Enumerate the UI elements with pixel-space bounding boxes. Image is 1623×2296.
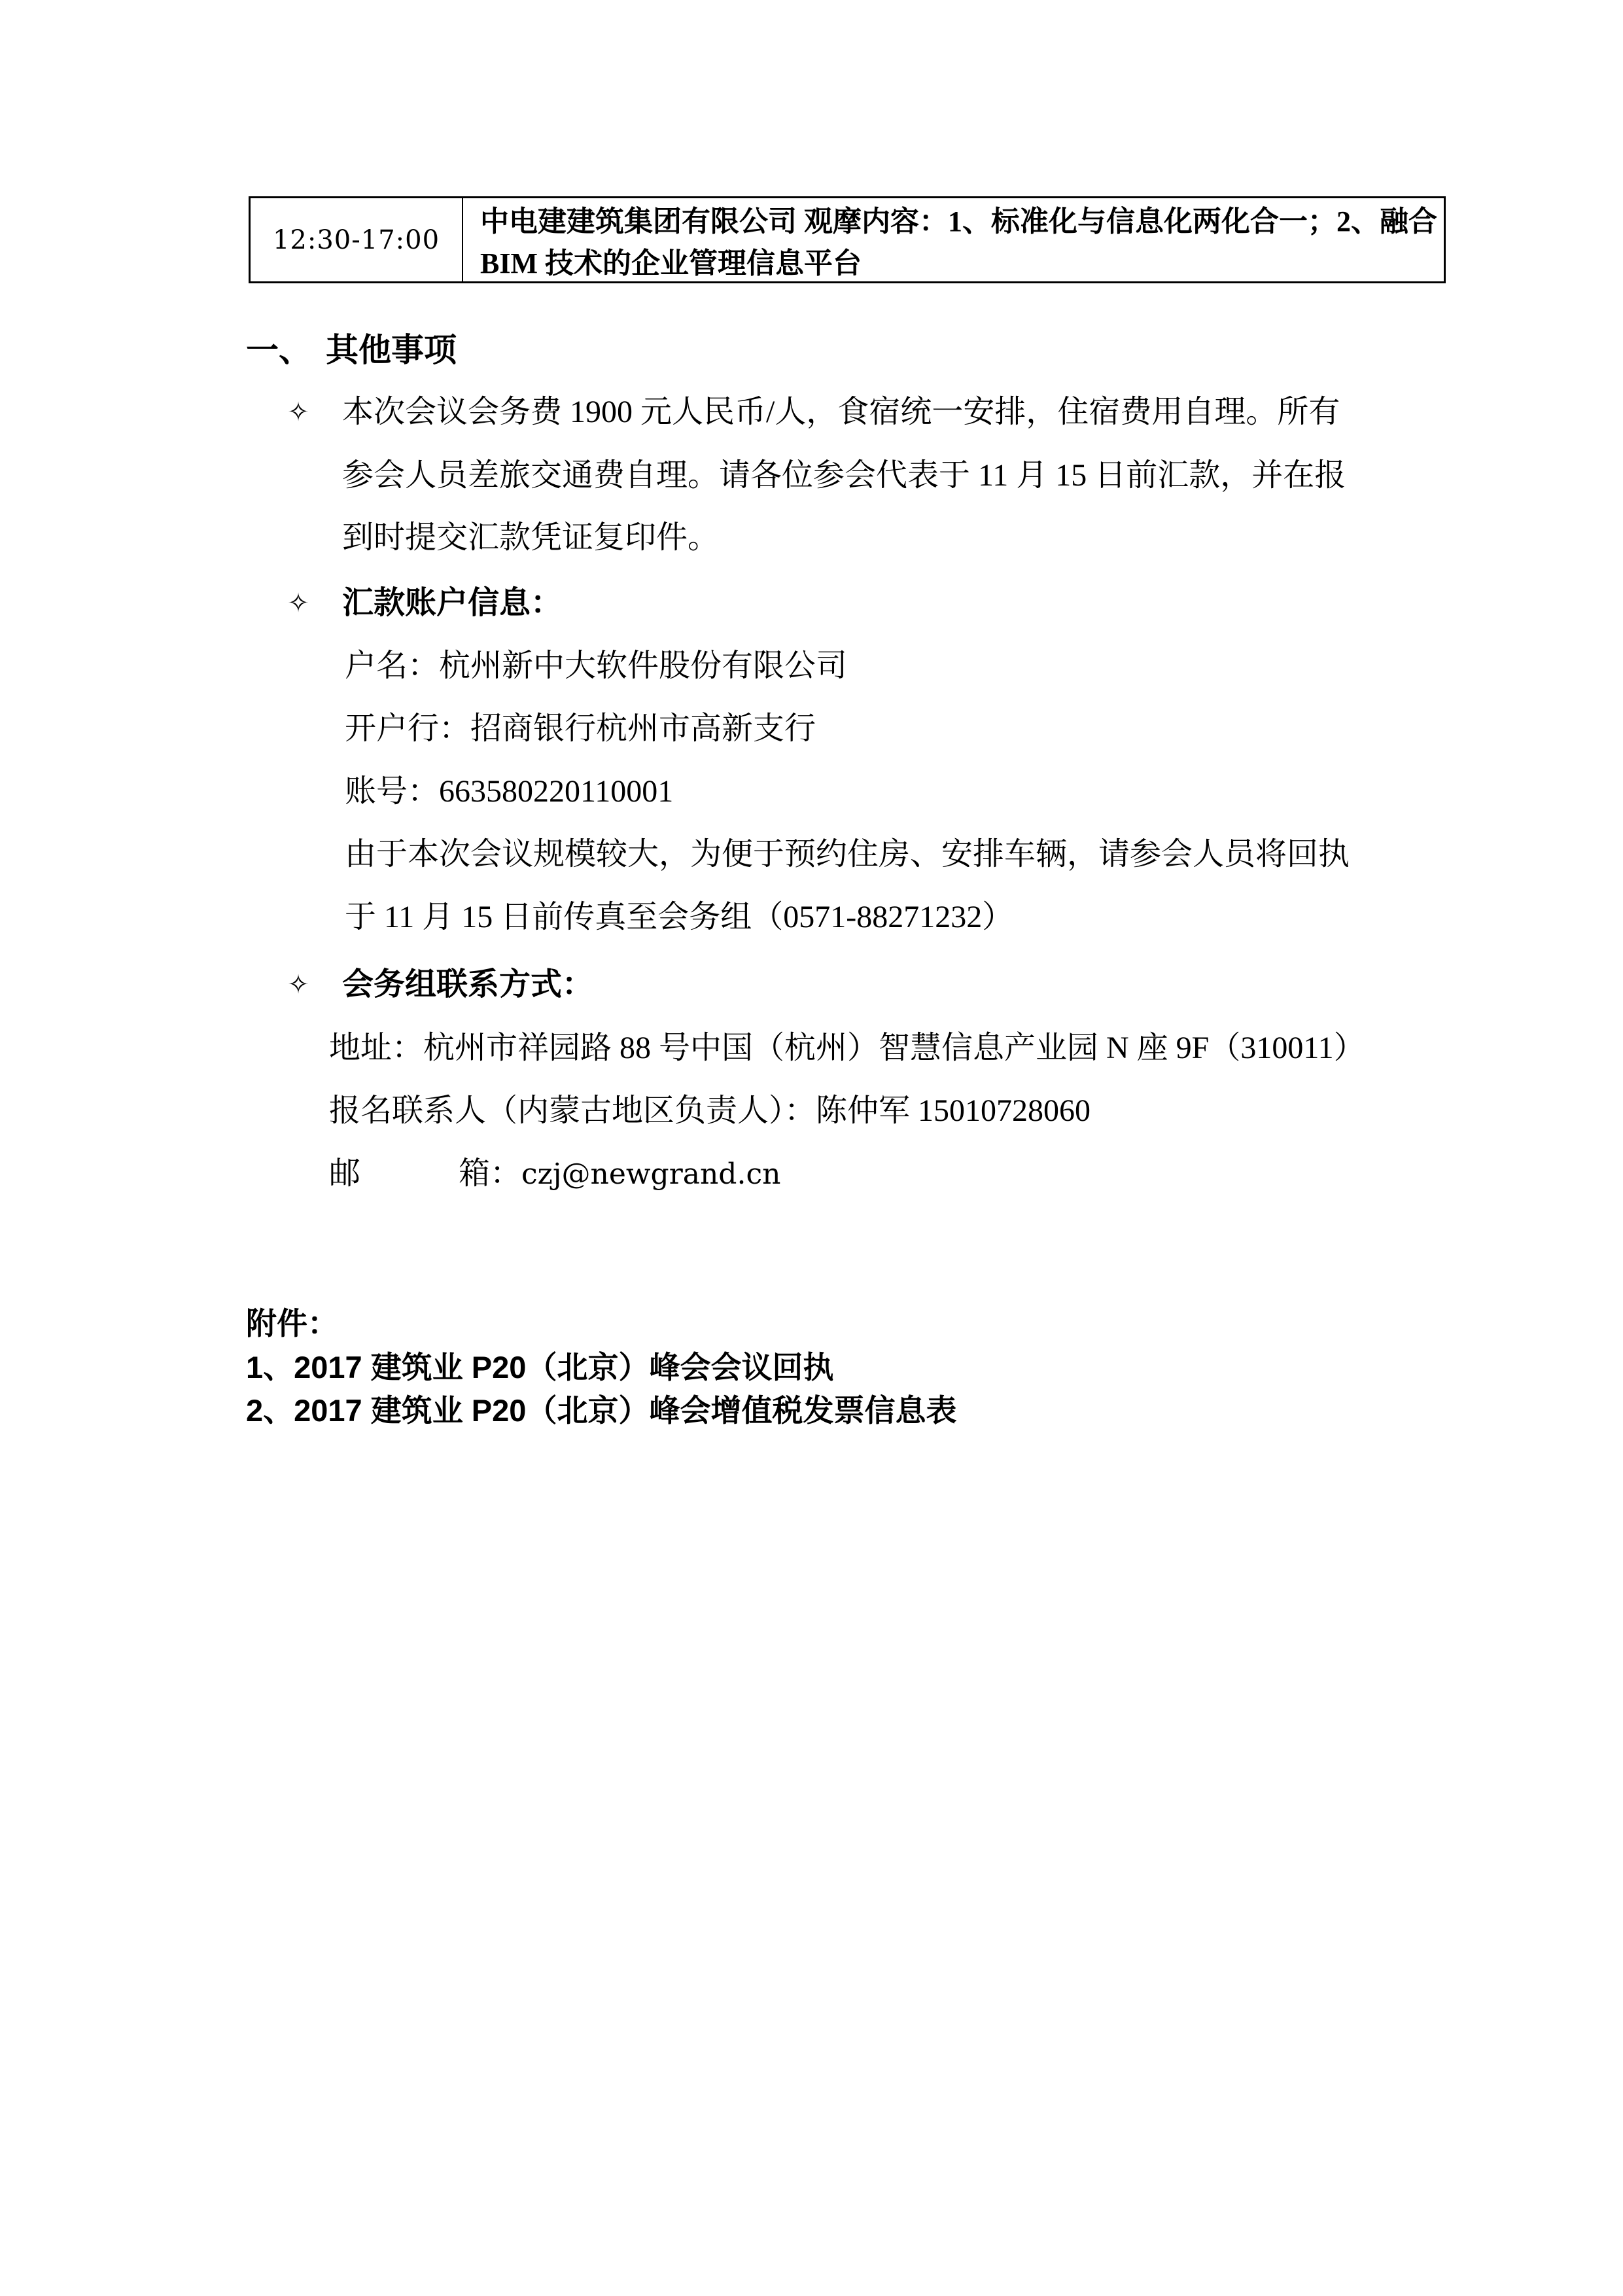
bullet-star-icon: ✧: [285, 584, 311, 623]
attachment-item: 1、2017 建筑业 P20（北京）峰会会议回执: [246, 1348, 833, 1387]
schedule-time-cell: 12:30-17:00: [251, 198, 463, 281]
schedule-table: 12:30-17:00 中电建建筑集团有限公司 观摩内容：1、标准化与信息化两化…: [249, 196, 1446, 283]
contact-title: 会务组联系方式：: [342, 965, 593, 1004]
account-number: 账号：663580220110001: [345, 772, 673, 811]
attachments-title: 附件：: [246, 1304, 338, 1343]
bank-name: 开户行：招商银行杭州市高新支行: [345, 709, 816, 749]
fee-line: 参会人员差旅交通费自理。请各位参会代表于 11 月 15 日前汇款，并在报: [342, 456, 1346, 495]
schedule-description-cell: 中电建建筑集团有限公司 观摩内容：1、标准化与信息化两化合一；2、融合 BIM …: [463, 198, 1444, 281]
contact-person: 报名联系人（内蒙古地区负责人）：陈仲军 15010728060: [329, 1091, 1091, 1131]
bullet-star-icon: ✧: [285, 393, 311, 432]
section-title: 其他事项: [326, 332, 457, 368]
email-label-part1: 邮: [329, 1156, 360, 1191]
schedule-description-line: BIM 技术的企业管理信息平台: [480, 243, 1444, 285]
section-number: 一、: [246, 332, 311, 368]
email-link[interactable]: czj@newgrand.cn: [521, 1157, 780, 1191]
section-heading: 一、其他事项: [246, 330, 457, 370]
account-name: 户名：杭州新中大软件股份有限公司: [345, 646, 847, 686]
registration-note-line: 由于本次会议规模较大，为便于预约住房、安排车辆，请参会人员将回执: [345, 835, 1350, 874]
account-info-title: 汇款账户信息：: [342, 584, 562, 623]
attachment-item: 2、2017 建筑业 P20（北京）峰会增值税发票信息表: [246, 1391, 956, 1430]
registration-note-line: 于 11 月 15 日前传真至会务组（0571-88271232）: [345, 898, 1013, 937]
document-page: 12:30-17:00 中电建建筑集团有限公司 观摩内容：1、标准化与信息化两化…: [0, 0, 1623, 2296]
fee-line: 本次会议会务费 1900 元人民币/人，食宿统一安排，住宿费用自理。所有: [342, 393, 1340, 432]
fee-line: 到时提交汇款凭证复印件。: [342, 518, 719, 557]
email-label-part2: 箱：: [459, 1156, 521, 1191]
schedule-description-line: 中电建建筑集团有限公司 观摩内容：1、标准化与信息化两化合一；2、融合: [480, 201, 1444, 243]
contact-address: 地址：杭州市祥园路 88 号中国（杭州）智慧信息产业园 N 座 9F（31001…: [329, 1029, 1365, 1068]
bullet-star-icon: ✧: [285, 965, 311, 1004]
contact-email-row: 邮箱：czj@newgrand.cn: [329, 1154, 780, 1194]
